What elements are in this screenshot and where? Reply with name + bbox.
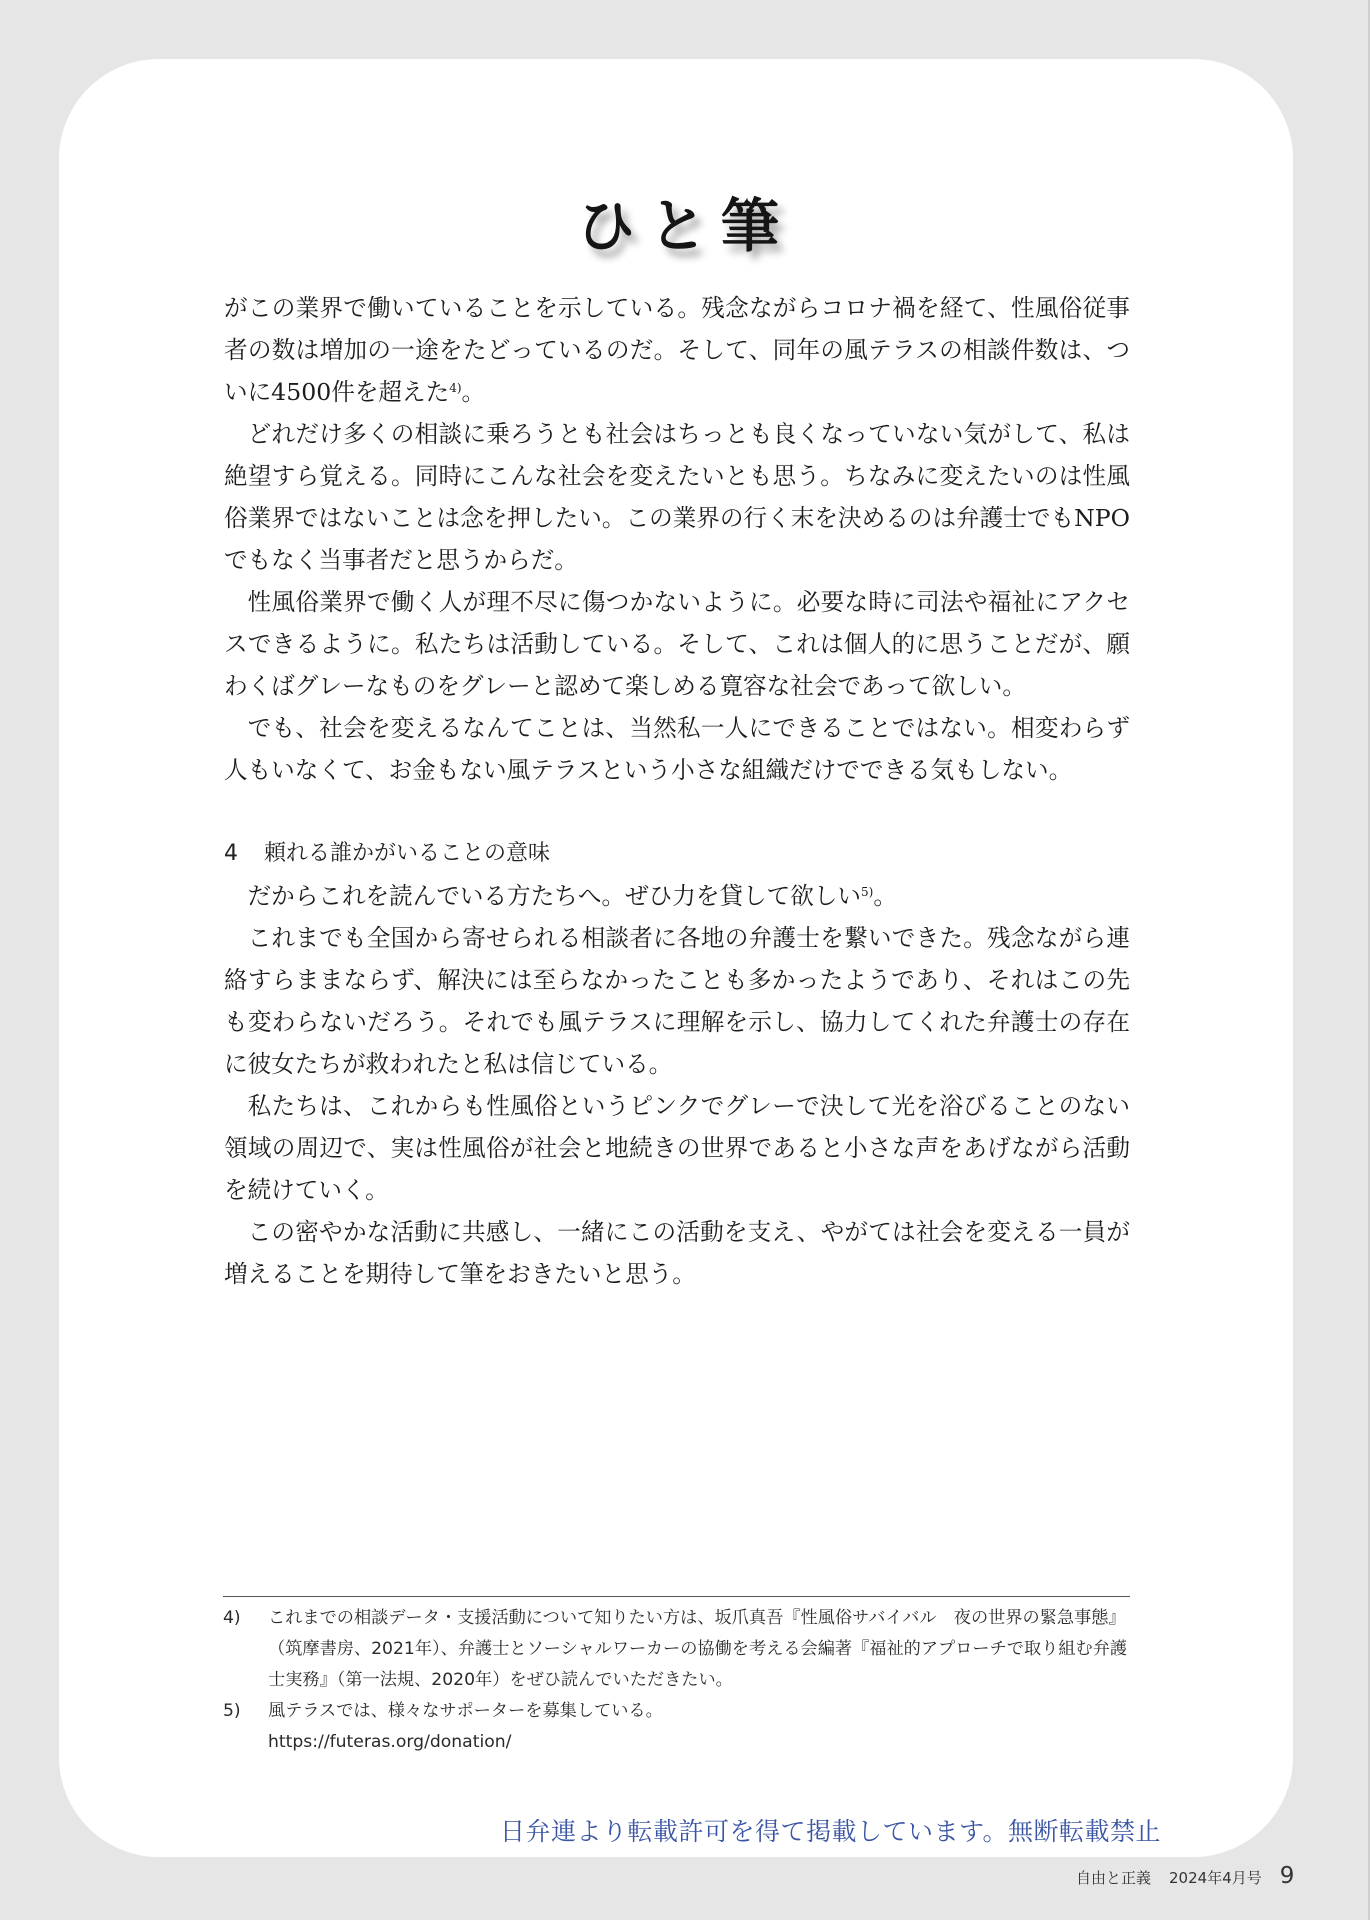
- issue-date: 2024年4月号: [1169, 1867, 1262, 1888]
- paragraph: この密やかな活動に共感し、一緒にこの活動を支え、やがては社会を変える一員が増える…: [224, 1211, 1130, 1295]
- paragraph: これまでも全国から寄せられる相談者に各地の弁護士を繋いできた。残念ながら連絡すら…: [224, 917, 1130, 1085]
- page-footer: 自由と正義 2024年4月号 9: [1076, 1863, 1294, 1889]
- paragraph-text: がこの業界で働いていることを示している。残念ながらコロナ禍を経て、性風俗従事者の…: [224, 294, 1130, 406]
- paragraph: どれだけ多くの相談に乗ろうとも社会はちっとも良くなっていない気がして、私は絶望す…: [224, 413, 1130, 581]
- paragraph-tail: 。: [462, 378, 486, 406]
- footnote-ref[interactable]: 4): [449, 381, 461, 395]
- column-title: ひと筆: [0, 179, 1370, 263]
- footnote-mark: 4): [223, 1603, 268, 1696]
- paragraph: 性風俗業界で働く人が理不尽に傷つかないように。必要な時に司法や福祉にアクセスでき…: [224, 581, 1130, 707]
- footnote-5: 5) 風テラスでは、様々なサポーターを募集している。 https://futer…: [223, 1696, 1130, 1758]
- paragraph: がこの業界で働いていることを示している。残念ながらコロナ禍を経て、性風俗従事者の…: [224, 287, 1130, 413]
- footnote-divider: [223, 1596, 1130, 1597]
- footnote-text: 風テラスでは、様々なサポーターを募集している。: [268, 1701, 663, 1721]
- footnote-4: 4) これまでの相談データ・支援活動について知りたい方は、坂爪真吾『性風俗サバイ…: [223, 1603, 1130, 1696]
- reprint-notice: 日弁連より転載許可を得て掲載しています。無断転載禁止: [500, 1812, 1161, 1848]
- footnote-body: 風テラスでは、様々なサポーターを募集している。 https://futeras.…: [268, 1696, 1130, 1758]
- article-body: がこの業界で働いていることを示している。残念ながらコロナ禍を経て、性風俗従事者の…: [224, 287, 1130, 1295]
- journal-name: 自由と正義: [1076, 1867, 1151, 1888]
- paragraph: 私たちは、これからも性風俗というピンクでグレーで決して光を浴びることのない領域の…: [224, 1085, 1130, 1211]
- footnotes: 4) これまでの相談データ・支援活動について知りたい方は、坂爪真吾『性風俗サバイ…: [223, 1603, 1130, 1758]
- paragraph: でも、社会を変えるなんてことは、当然私一人にできることではない。相変わらず人もい…: [224, 707, 1130, 791]
- paragraph-tail: 。: [873, 882, 897, 910]
- section-gap: [224, 791, 1130, 833]
- section-title: 頼れる誰かがいることの意味: [264, 841, 550, 866]
- section-number: 4: [224, 833, 264, 875]
- donation-link[interactable]: https://futeras.org/donation/: [268, 1732, 511, 1752]
- paragraph: だからこれを読んでいる方たちへ。ぜひ力を貸して欲しい5)。: [224, 875, 1130, 917]
- footnote-mark: 5): [223, 1696, 268, 1758]
- footnote-text: これまでの相談データ・支援活動について知りたい方は、坂爪真吾『性風俗サバイバル …: [268, 1603, 1130, 1696]
- paragraph-text: だからこれを読んでいる方たちへ。ぜひ力を貸して欲しい: [248, 882, 861, 910]
- footnote-ref[interactable]: 5): [861, 885, 873, 899]
- page-number: 9: [1280, 1863, 1295, 1889]
- section-heading: 4頼れる誰かがいることの意味: [224, 833, 1130, 875]
